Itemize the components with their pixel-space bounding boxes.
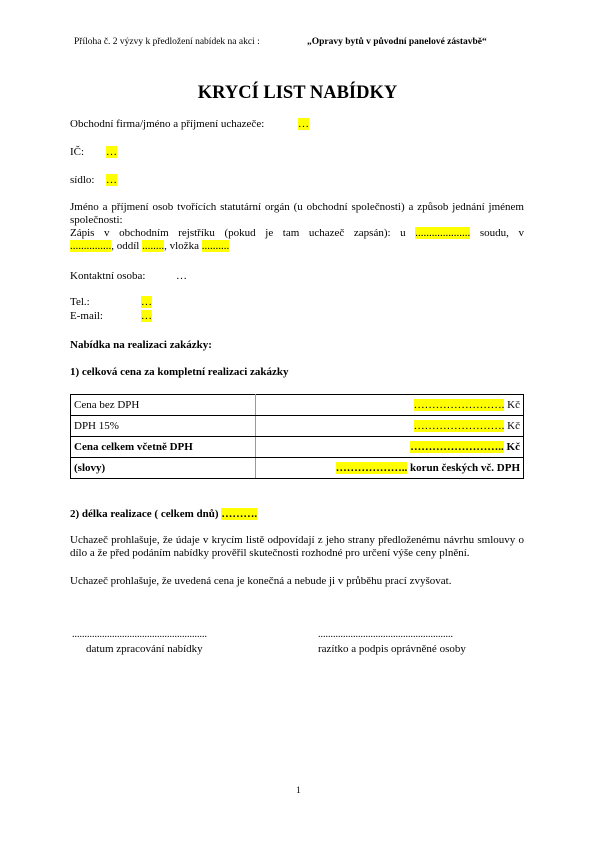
contact-value-field[interactable]: … — [176, 270, 187, 282]
header-left: Příloha č. 2 výzvy k předložení nabídek … — [74, 37, 260, 47]
price-table: Cena bez DPH……………………. KčDPH 15%…………………….… — [70, 394, 524, 479]
firm-value-field[interactable]: … — [298, 118, 309, 130]
contact-label: Kontaktní osoba: — [70, 270, 145, 282]
page-title: KRYCÍ LIST NABÍDKY — [0, 83, 595, 104]
firm-label: Obchodní firma/jméno a příjmení uchazeče… — [70, 118, 264, 130]
price-value-cell: …………………….. Kč — [256, 437, 524, 458]
price-label: Cena bez DPH — [71, 395, 256, 416]
statutory-text: Jméno a příjmení osob tvořících statutár… — [70, 201, 524, 227]
price-value-cell: ……………………. Kč — [256, 416, 524, 437]
tel-label: Tel.: — [70, 296, 90, 308]
price-value-field[interactable]: ……………….. — [336, 462, 408, 474]
price-label: Cena celkem včetně DPH — [71, 437, 256, 458]
price-value-cell: ……………………. Kč — [256, 395, 524, 416]
register-prefix: Zápis v obchodním rejstříku (pokud je ta… — [70, 227, 406, 239]
date-signature-label: datum zpracování nabídky — [86, 643, 203, 655]
register-insert-label: , vložka — [164, 240, 199, 252]
register-insert-field[interactable]: .......... — [202, 240, 230, 252]
register-court-field[interactable]: .................... — [415, 227, 470, 239]
price-unit: Kč — [507, 420, 520, 432]
register-line: Zápis v obchodním rejstříku (pokud je ta… — [70, 227, 524, 240]
section1-heading: 1) celková cena za kompletní realizaci z… — [70, 366, 289, 378]
header-project-name: „Opravy bytů v původní panelové zástavbě… — [307, 37, 487, 47]
date-signature-line: ........................................… — [72, 629, 207, 640]
price-label: DPH 15% — [71, 416, 256, 437]
register-section-field[interactable]: ........ — [142, 240, 164, 252]
price-label: (slovy) — [71, 458, 256, 479]
price-unit: korun českých vč. DPH — [410, 462, 520, 474]
sidlo-label: sídlo: — [70, 174, 94, 186]
register-city-field[interactable]: ............... — [70, 240, 111, 252]
email-value-field[interactable]: … — [141, 310, 152, 322]
price-unit: Kč — [507, 441, 520, 453]
table-row: Cena celkem včetně DPH…………………….. Kč — [71, 437, 524, 458]
email-label: E-mail: — [70, 310, 103, 322]
tel-value-field[interactable]: … — [141, 296, 152, 308]
section2-heading: 2) délka realizace ( celkem dnů) ………. — [70, 508, 257, 520]
price-value-field[interactable]: …………………….. — [410, 441, 504, 453]
price-value-field[interactable]: ……………………. — [414, 420, 505, 432]
section2-label: 2) délka realizace ( celkem dnů) — [70, 508, 219, 520]
table-row: (slovy)……………….. korun českých vč. DPH — [71, 458, 524, 479]
offer-heading: Nabídka na realizaci zakázky: — [70, 339, 212, 351]
table-row: Cena bez DPH……………………. Kč — [71, 395, 524, 416]
register-section-label: , oddíl — [111, 240, 139, 252]
declaration-1: Uchazeč prohlašuje, že údaje v krycím li… — [70, 534, 524, 560]
stamp-signature-line: ........................................… — [318, 629, 453, 640]
table-row: DPH 15%……………………. Kč — [71, 416, 524, 437]
stamp-signature-label: razítko a podpis oprávněné osoby — [318, 643, 466, 655]
register-mid: soudu, v — [480, 227, 524, 239]
ic-label: IČ: — [70, 146, 84, 158]
duration-days-field[interactable]: ………. — [221, 508, 257, 520]
price-value-cell: ……………….. korun českých vč. DPH — [256, 458, 524, 479]
sidlo-value-field[interactable]: … — [106, 174, 117, 186]
page-number: 1 — [296, 786, 301, 796]
price-value-field[interactable]: ……………………. — [414, 399, 505, 411]
price-unit: Kč — [507, 399, 520, 411]
register-line-2: ..............., oddíl ........, vložka … — [70, 240, 524, 253]
ic-value-field[interactable]: … — [106, 146, 117, 158]
declaration-2: Uchazeč prohlašuje, že uvedená cena je k… — [70, 575, 524, 588]
